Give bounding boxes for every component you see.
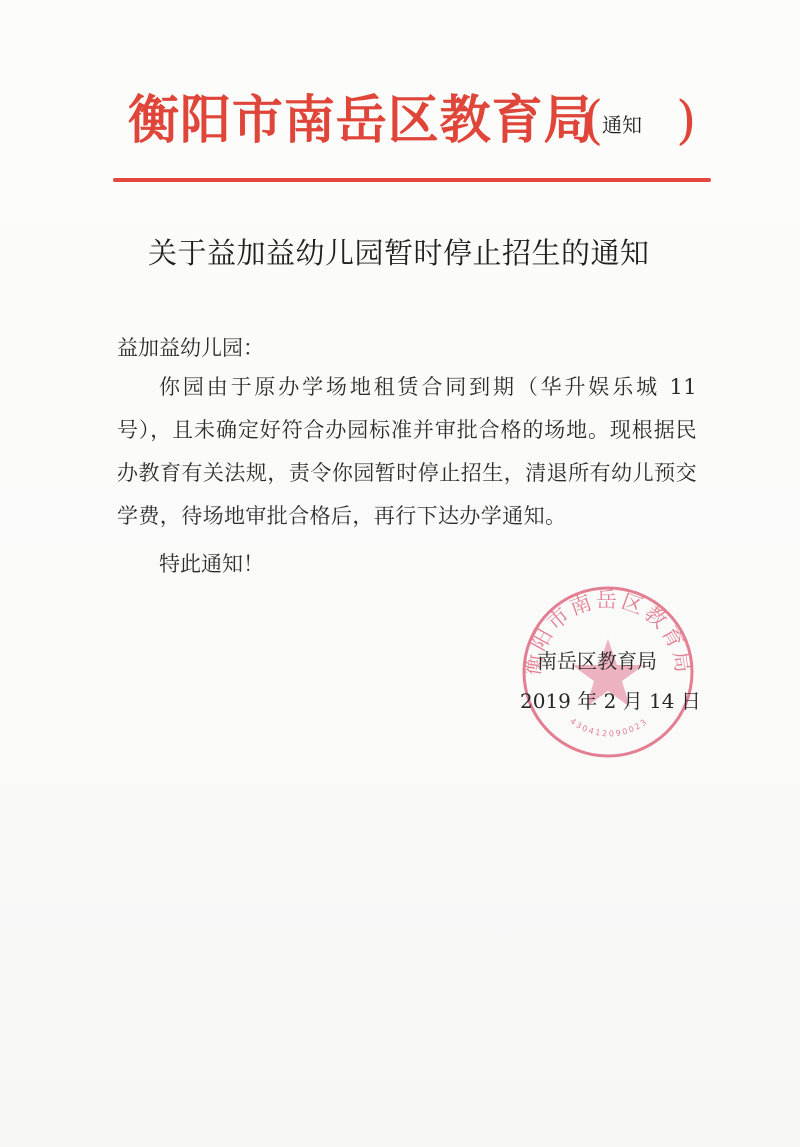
seal-code: 430412090023: [568, 717, 649, 739]
masthead-red-rule: [113, 178, 711, 182]
document-body: 益加益幼儿园： 你园由于原办学场地租赁合同到期（华升娱乐城 11 号），且未确定…: [117, 330, 697, 590]
signature-date: 2019 年 2 月 14 日: [520, 686, 701, 716]
masthead-doc-type: 通知: [602, 112, 642, 138]
svg-text:430412090023: 430412090023: [568, 717, 649, 739]
masthead-paren-open: (: [583, 86, 603, 156]
salutation: 益加益幼儿园：: [117, 330, 697, 366]
masthead: 衡阳市南岳区教育局 ( 通知 ): [128, 86, 728, 166]
signature-organization: 南岳区教育局: [537, 646, 657, 676]
masthead-paren-close: ): [676, 86, 696, 156]
document-title: 关于益加益幼儿园暂时停止招生的通知: [148, 233, 668, 273]
body-paragraph: 你园由于原办学场地租赁合同到期（华升娱乐城 11 号），且未确定好符合办园标准并…: [117, 366, 697, 538]
document-page: 衡阳市南岳区教育局 ( 通知 ) 关于益加益幼儿园暂时停止招生的通知 益加益幼儿…: [0, 0, 800, 1147]
masthead-organization: 衡阳市南岳区教育局: [128, 86, 595, 156]
